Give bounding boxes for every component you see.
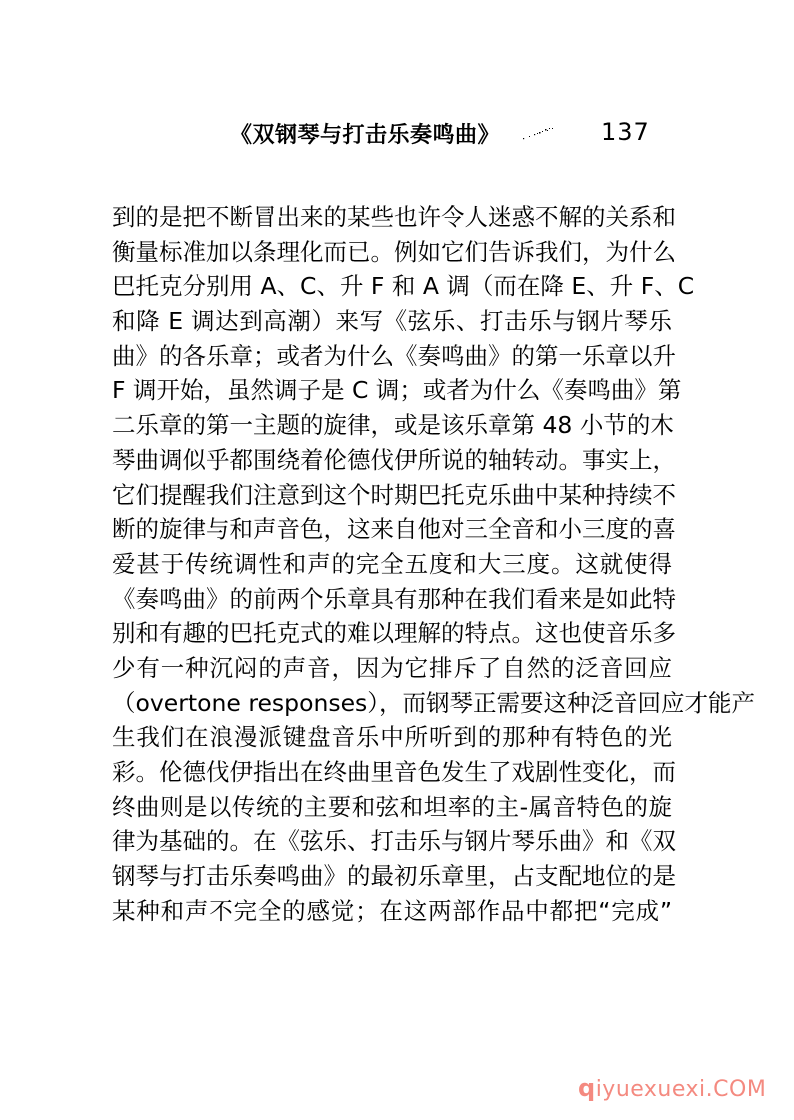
- text-line: 爱甚于传统调性和声的完全五度和大三度。这就使得: [112, 547, 672, 582]
- text-line: 二乐章的第一主题的旋律，或是该乐章第 48 小节的木: [112, 408, 672, 443]
- running-head: 《双钢琴与打击乐奏鸣曲》: [230, 116, 562, 150]
- text-line: 它们提醒我们注意到这个时期巴托克乐曲中某种持续不: [112, 478, 672, 513]
- text-line: 某种和声不完全的感觉；在这两部作品中都把“完成”: [112, 894, 672, 929]
- text-line: 曲》的各乐章；或者为什么《奏鸣曲》的第一乐章以升: [112, 339, 672, 374]
- text-line: 衡量标准加以条理化而已。例如它们告诉我们，为什么: [112, 235, 672, 270]
- text-line: 琴曲调似乎都围绕着伦德伐伊所说的轴转动。事实上，: [112, 443, 672, 478]
- text-line: 到的是把不断冒出来的某些也许令人迷惑不解的关系和: [112, 200, 672, 235]
- text-line: 巴托克分别用 A、C、升 F 和 A 调（而在降 E、升 F、C: [112, 269, 672, 304]
- text-line: 钢琴与打击乐奏鸣曲》的最初乐章里，占支配地位的是: [112, 859, 672, 894]
- text-line: 断的旋律与和声音色，这来自他对三全音和小三度的喜: [112, 512, 672, 547]
- text-line: （overtone responses），而钢琴正需要这种泛音回应才能产: [112, 686, 672, 721]
- site-watermark: qiyuexuexi.COM: [578, 1074, 766, 1102]
- ornament-flourish-icon: [522, 123, 562, 143]
- book-title: 《双钢琴与打击乐奏鸣曲》: [230, 118, 500, 149]
- page-number: 137: [601, 118, 650, 146]
- watermark-text: iyuexuexi.COM: [596, 1077, 767, 1102]
- text-line: 和降 E 调达到高潮）来写《弦乐、打击乐与钢片琴乐: [112, 304, 672, 339]
- text-line: 《奏鸣曲》的前两个乐章具有那种在我们看来是如此特: [112, 582, 672, 617]
- text-line: 律为基础的。在《弦乐、打击乐与钢片琴乐曲》和《双: [112, 824, 672, 859]
- text-line: 少有一种沉闷的声音，因为它排斥了自然的泛音回应: [112, 651, 672, 686]
- text-line: 别和有趣的巴托克式的难以理解的特点。这也使音乐多: [112, 616, 672, 651]
- text-line: 生我们在浪漫派键盘音乐中所听到的那种有特色的光: [112, 720, 672, 755]
- text-line: 彩。伦德伐伊指出在终曲里音色发生了戏剧性变化，而: [112, 755, 672, 790]
- body-paragraph: 到的是把不断冒出来的某些也许令人迷惑不解的关系和 衡量标准加以条理化而已。例如它…: [112, 200, 672, 928]
- text-line: F 调开始，虽然调子是 C 调；或者为什么《奏鸣曲》第: [112, 373, 672, 408]
- text-line: 终曲则是以传统的主要和弦和坦率的主-属音特色的旋: [112, 790, 672, 825]
- watermark-logo-letter: q: [578, 1074, 596, 1102]
